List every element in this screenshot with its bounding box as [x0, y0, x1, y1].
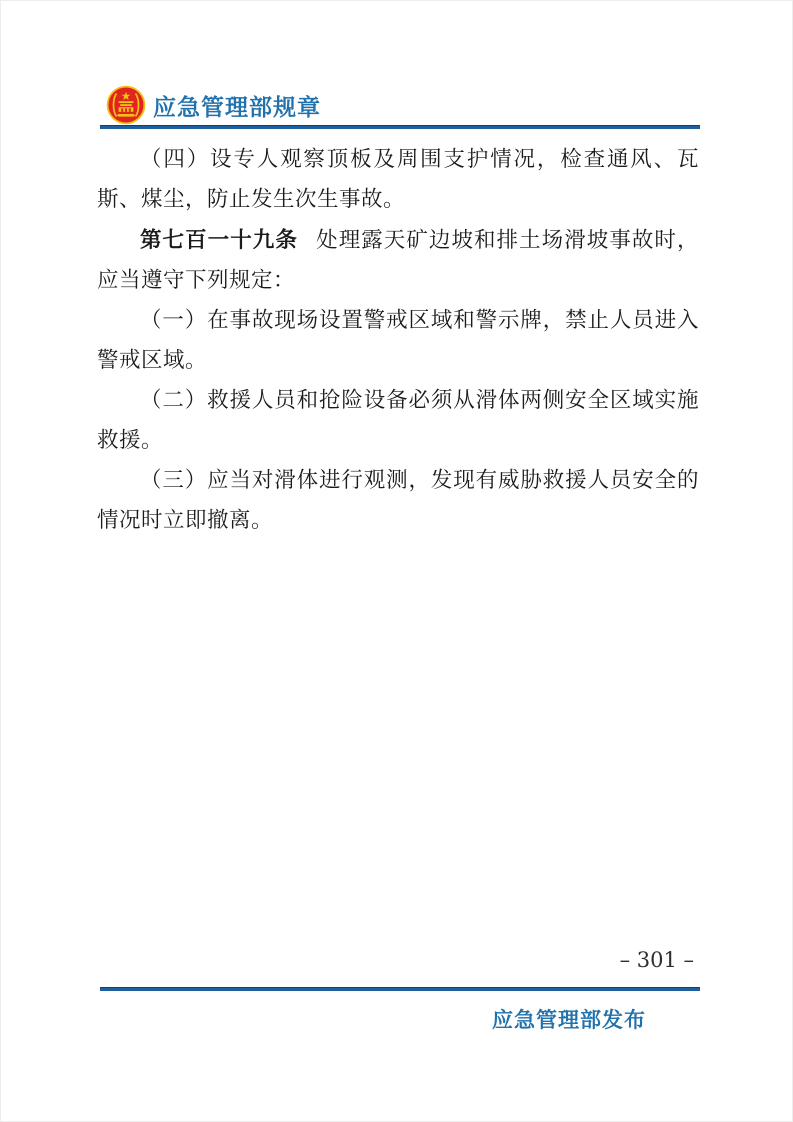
- page-header: 应急管理部规章: [106, 85, 321, 125]
- paragraph-item-1: （一）在事故现场设置警戒区域和警示牌，禁止人员进入警戒区域。: [97, 301, 699, 381]
- header-title: 应急管理部规章: [153, 89, 321, 122]
- document-page: 应急管理部规章 （四）设专人观察顶板及周围支护情况，检查通风、瓦斯、煤尘，防止发…: [0, 0, 793, 1122]
- footer-divider: [100, 987, 700, 991]
- paragraph-text: （四）设专人观察顶板及周围支护情况，检查通风、瓦斯、煤尘，防止发生次生事故。: [97, 147, 699, 212]
- paragraph-text: （二）救援人员和抢险设备必须从滑体两侧安全区域实施救援。: [97, 388, 699, 453]
- paragraph-text: （三）应当对滑体进行观测，发现有威胁救援人员安全的情况时立即撤离。: [97, 468, 699, 533]
- paragraph-item-4: （四）设专人观察顶板及周围支护情况，检查通风、瓦斯、煤尘，防止发生次生事故。: [97, 140, 699, 220]
- paragraph-item-2: （二）救援人员和抢险设备必须从滑体两侧安全区域实施救援。: [97, 381, 699, 461]
- paragraph-text: （一）在事故现场设置警戒区域和警示牌，禁止人员进入警戒区域。: [97, 308, 699, 373]
- paragraph-article-719: 第七百一十九条处理露天矿边坡和排土场滑坡事故时，应当遵守下列规定：: [97, 220, 699, 301]
- publisher-label: 应急管理部发布: [492, 1004, 646, 1034]
- paragraph-item-3: （三）应当对滑体进行观测，发现有威胁救援人员安全的情况时立即撤离。: [97, 461, 699, 541]
- header-divider: [100, 125, 700, 129]
- document-body: （四）设专人观察顶板及周围支护情况，检查通风、瓦斯、煤尘，防止发生次生事故。 第…: [97, 140, 699, 541]
- article-number: 第七百一十九条: [140, 228, 298, 252]
- national-emblem-icon: [106, 85, 146, 125]
- page-number: – 301 –: [620, 947, 694, 973]
